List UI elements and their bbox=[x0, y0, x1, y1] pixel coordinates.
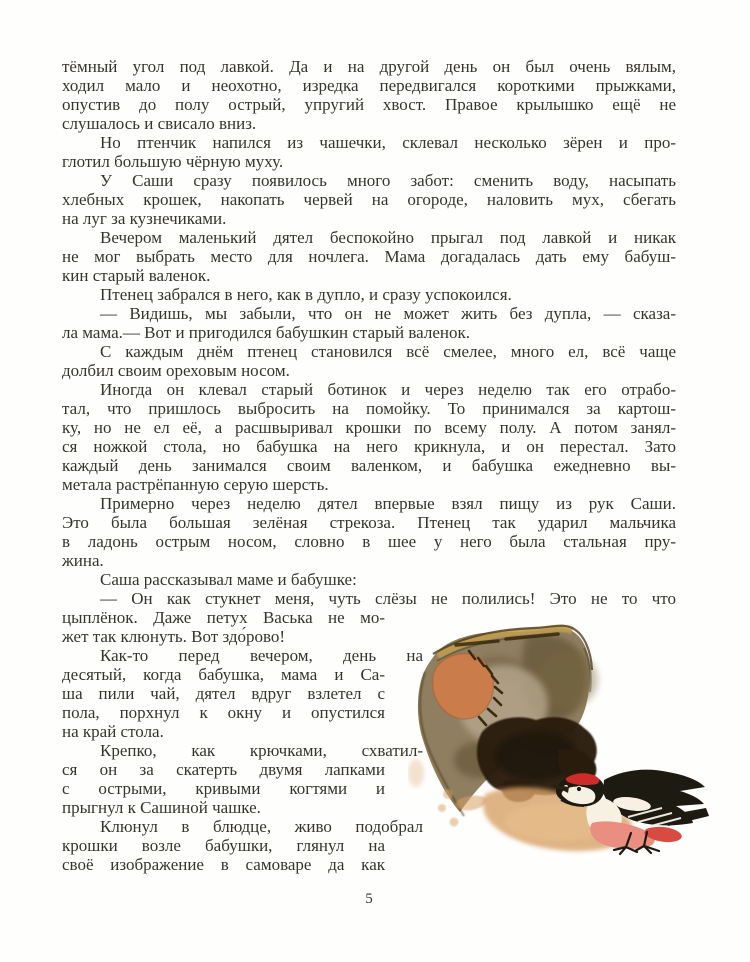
text-line: ся ножкой стола, но бабушка на него крик… bbox=[62, 437, 676, 456]
text-line: Примерно через неделю дятел впервые взял… bbox=[62, 494, 676, 513]
text-line: ла мама.— Вот и пригодился бабушкин стар… bbox=[62, 323, 676, 342]
woodpecker-eye bbox=[577, 787, 581, 791]
text-line: жина. bbox=[62, 551, 676, 570]
text-line: хлебных крошек, накопать червей на огоро… bbox=[62, 190, 676, 209]
text-line: ку, но не ел её, а расшвыривал крошки по… bbox=[62, 418, 676, 437]
text-line: Саша рассказывал маме и бабушке: bbox=[62, 570, 676, 589]
text-line: глотил большую чёрную муху. bbox=[62, 152, 676, 171]
text-line: ходил мало и неохотно, изредка передвига… bbox=[62, 76, 676, 95]
text-line: ся он за скатерть двумя лапками bbox=[62, 760, 385, 779]
text-line: долбил своим ореховым носом. bbox=[62, 361, 676, 380]
text-line: слушалось и свисало вниз. bbox=[62, 114, 676, 133]
text-line: Но птенчик напился из чашечки, склевал н… bbox=[62, 133, 676, 152]
text-line: крошки возле бабушки, глянул на bbox=[62, 836, 385, 855]
woodpecker-boot-illustration bbox=[408, 620, 743, 888]
text-line: цыплёнок. Даже петух Васька не мо- bbox=[62, 608, 385, 627]
text-line: на луг за кузнечиками. bbox=[62, 209, 676, 228]
text-line: метала растрёпанную серую шерсть. bbox=[62, 475, 676, 494]
text-line: в ладонь острым носом, словно в шее у не… bbox=[62, 532, 676, 551]
text-line: на край стола. bbox=[62, 722, 385, 741]
text-line: — Он как стукнет меня, чуть слёзы не пол… bbox=[62, 589, 676, 608]
text-line: Крепко, как крючками, схватил- bbox=[62, 741, 423, 760]
text-line: опустив до полу острый, упругий хвост. П… bbox=[62, 95, 676, 114]
text-line: Клюнул в блюдце, живо подобрал bbox=[62, 817, 423, 836]
text-line: Это была большая зелёная стрекоза. Птене… bbox=[62, 513, 676, 532]
text-line: — Видишь, мы забыли, что он не может жит… bbox=[62, 304, 676, 323]
text-line: своё изображение в самоваре да как bbox=[62, 855, 385, 874]
text-line: У Саши сразу появилось много забот: смен… bbox=[62, 171, 676, 190]
text-line: не мог выбрать место для ночлега. Мама д… bbox=[62, 247, 676, 266]
book-page: тёмный угол под лавкой. Да и на другой д… bbox=[0, 0, 750, 962]
text-line: ша пили чай, дятел вдруг взлетел с bbox=[62, 684, 385, 703]
text-line: Иногда он клевал старый ботинок и через … bbox=[62, 380, 676, 399]
text-line: тал, что пришлось выбросить на помойку. … bbox=[62, 399, 676, 418]
text-line: жет так клюнуть. Вот здо́рово! bbox=[62, 627, 385, 646]
text-line: прыгнул к Сашиной чашке. bbox=[62, 798, 385, 817]
text-line: Вечером маленький дятел беспокойно прыга… bbox=[62, 228, 676, 247]
text-line: Птенец забрался в него, как в дупло, и с… bbox=[62, 285, 676, 304]
text-line: десятый, когда бабушка, мама и Са- bbox=[62, 665, 385, 684]
text-line: каждый день занимался своим валенком, и … bbox=[62, 456, 676, 475]
text-line: кин старый валенок. bbox=[62, 266, 676, 285]
text-line: с острыми, кривыми когтями и bbox=[62, 779, 385, 798]
text-line: С каждым днём птенец становился всё смел… bbox=[62, 342, 676, 361]
text-line: Как-то перед вечером, день на bbox=[62, 646, 423, 665]
text-line: тёмный угол под лавкой. Да и на другой д… bbox=[62, 57, 676, 76]
page-number: 5 bbox=[62, 891, 676, 908]
text-line: пола, порхнул к окну и опустился bbox=[62, 703, 385, 722]
